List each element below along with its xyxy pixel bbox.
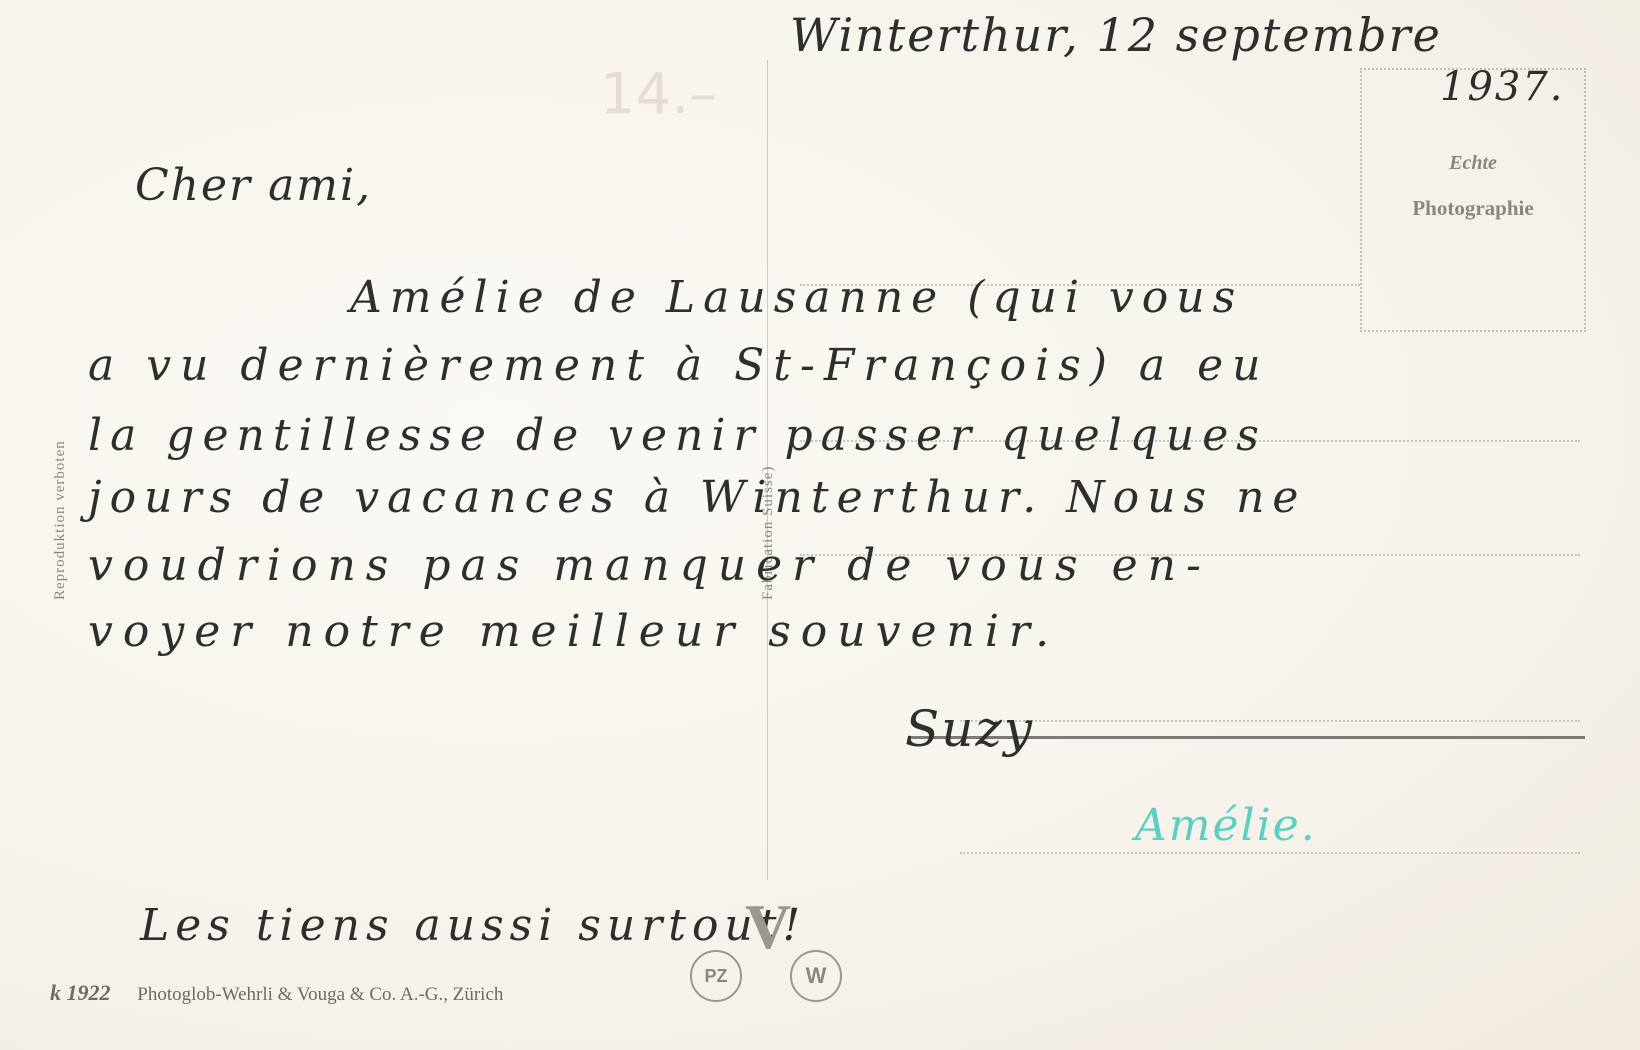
stamp-box-line2: Photographie <box>1362 196 1584 221</box>
pz-logo: PZ <box>690 950 742 1002</box>
address-line-5 <box>960 852 1580 854</box>
w-logo: W <box>790 950 842 1002</box>
stamp-box: Echte Photographie <box>1360 68 1586 332</box>
card-code: k 1922 <box>50 980 111 1005</box>
body-line-6: voyer notre meilleur souvenir. <box>88 606 1059 657</box>
body-line-4: jours de vacances à Winterthur. Nous ne <box>88 472 1306 523</box>
signature: Suzy <box>905 700 1034 758</box>
postscript: Les tiens aussi surtout! <box>140 900 806 951</box>
publisher-footer: k 1922 Photoglob-Wehrli & Vouga & Co. A.… <box>50 980 503 1006</box>
body-line-2: a vu dernièrement à St-François) a eu <box>88 340 1270 391</box>
body-line-3: la gentillesse de venir passer quelques <box>88 410 1267 461</box>
address-line-4 <box>960 720 1580 722</box>
v-logo-mark: V <box>745 890 791 964</box>
date-place-line: Winterthur, 12 septembre <box>790 8 1442 62</box>
second-signature: Amélie. <box>1135 800 1317 851</box>
body-line-1: Amélie de Lausanne (qui vous <box>350 272 1243 323</box>
left-margin-text: Reproduktion verboten <box>52 440 69 600</box>
stamp-box-line1: Echte <box>1362 152 1584 175</box>
greeting: Cher ami, <box>135 160 372 211</box>
postcard-back: 14.– Winterthur, 12 septembre 1937. Repr… <box>0 0 1640 1050</box>
publisher-name: Photoglob-Wehrli & Vouga & Co. A.-G., Zü… <box>137 984 503 1005</box>
pencil-price-mark: 14.– <box>600 62 717 127</box>
body-line-5: voudrions pas manquer de vous en- <box>88 540 1211 591</box>
